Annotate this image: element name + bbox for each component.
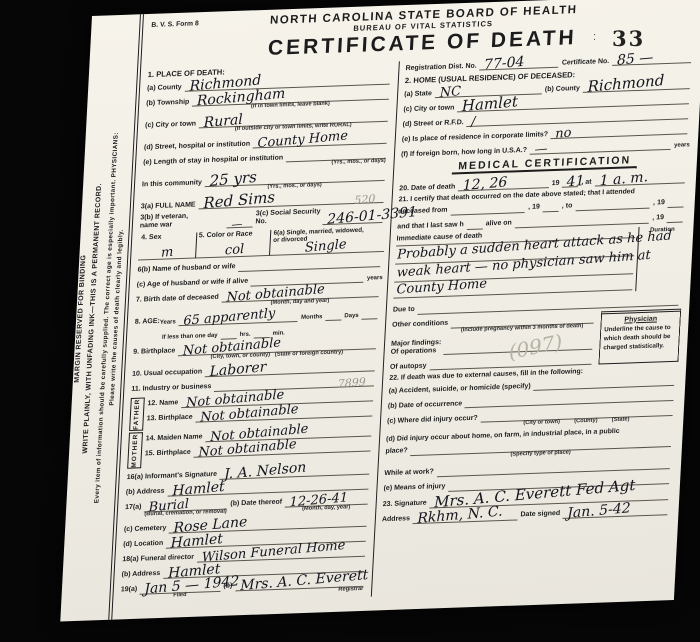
scan-background: : 33 MARGIN RESERVED FOR BINDING WRITE P… [0, 0, 700, 642]
informant-line: J. A. Nelson [220, 462, 370, 479]
cemetery-location-label: (d) Location [123, 540, 163, 550]
burial-line: Burial (Burial, cremation, or removal) [144, 497, 228, 512]
field-city-or-town: (c) City or town Rural (If outside city … [145, 110, 392, 131]
certify-19a-line [543, 199, 560, 212]
mother-birthplace-label: 15. Birthplace [145, 449, 191, 459]
ssn-label-line2: No. [255, 218, 267, 225]
marital-label-line2: or divorced [273, 236, 308, 244]
age-months-line [325, 308, 342, 321]
home-city-handwriting: Hamlet [462, 92, 518, 115]
certify-alive-line [515, 211, 650, 228]
home-street-label: (d) Street or R.F.D. [402, 119, 463, 130]
age-years-label: Years [160, 319, 176, 327]
sex-cell: 4. Sex m [138, 232, 196, 260]
certify-alive-label: alive on [485, 220, 512, 229]
informant-address-handwriting: Hamlet [172, 479, 224, 500]
veteran-label: 3(b) If veteran, name war [140, 212, 225, 232]
home-street-handwriting: / [471, 114, 475, 129]
due-to-label: Due to [393, 306, 415, 315]
registrar-line: Mrs. A. C. Everett Registrar [235, 574, 364, 591]
occurrence-date-label: (b) Date of occurrence [388, 400, 463, 411]
sex-label: 4. Sex [141, 233, 162, 242]
ssn-line: 246-01-3391 [323, 211, 383, 225]
township-line: Rockingham (If in town limits, leave bla… [192, 88, 390, 107]
city-line: Rural (If outside city or town limits, w… [199, 110, 389, 129]
form-columns: 1. PLACE OF DEATH: (a) County Richmond (… [120, 51, 695, 605]
registration-dist-label: Registration Dist. No. [405, 62, 477, 73]
township-label: (b) Township [146, 98, 189, 108]
age-years-line: 65 apparently [179, 310, 299, 326]
veteran-label-line1: 3(b) If veteran, [140, 213, 188, 222]
certificate-no-line: 85 — [612, 51, 692, 66]
mother-group: MOTHER 14. Maiden Name Not obtainable 15… [127, 424, 375, 468]
certify-saw-label: and that I last saw h [397, 221, 464, 232]
date-of-death-time-handwriting: 1 a. m. [599, 169, 647, 189]
city-handwriting: Rural [204, 112, 243, 131]
date-of-death-19: 19 [551, 179, 559, 188]
marital-label-line1: 6(a) Single, married, widowed, [273, 226, 364, 236]
where-injury-label: (c) Where did injury occur? [387, 414, 478, 426]
registration-dist-handwriting: 77-04 [484, 54, 524, 74]
stay-note: (Yrs., mos., or days) [286, 158, 386, 168]
burial-date-line: 12-26-41 (Month, day, year) [285, 492, 369, 507]
age-months-label: Months [301, 314, 323, 322]
corporate-limits-line: no [551, 122, 688, 139]
major-findings-line1: Major findings: [391, 339, 442, 348]
age-hrs-line [220, 327, 237, 340]
date-signed-line: Jan. 5-42 [563, 503, 668, 519]
immediate-cause-block: Immediate cause of death Duration Probab… [393, 225, 685, 299]
street-label: (d) Street, hospital or institution [144, 140, 251, 152]
certify-h-line [466, 217, 483, 230]
birthplace-label: 9. Birthplace [133, 348, 175, 358]
certify-19b: , 19 [653, 199, 665, 208]
field-in-this-community: In this community 25 yrs (Yrs., mos., or… [142, 169, 389, 190]
father-rows: 12. Name Not obtainable 13. Birthplace N… [146, 389, 377, 430]
certificate-no-handwriting: 85 — [617, 50, 653, 69]
home-county-label: (b) County [545, 85, 580, 95]
registration-dist-line: 77-04 [479, 56, 559, 71]
marital-handwriting: Single [304, 237, 346, 256]
signature-address-line: Rkhm, N. C. [413, 508, 518, 524]
date-of-death-handwriting: 12, 26 [463, 174, 508, 194]
signature-label: 23. Signature [382, 500, 426, 510]
ssn-label: 3(c) Social Security No. [255, 208, 320, 227]
certificate-paper: MARGIN RESERVED FOR BINDING WRITE PLAINL… [60, 0, 700, 621]
major-findings-line2: Of operations [391, 347, 437, 356]
filed-label: 19(a) [121, 586, 138, 595]
stay-label: (e) Length of stay in hospital or instit… [143, 154, 283, 167]
birthdate-label: 7. Birth date of deceased [136, 294, 219, 305]
burial-label: 17(a) [125, 504, 142, 513]
date-signed-handwriting: Jan. 5-42 [568, 500, 631, 522]
foreign-born-line: — [530, 138, 672, 155]
certify-to-label: , to [562, 203, 573, 212]
date-of-death-time-line: 1 a. m. [594, 171, 685, 186]
page-stamp-number: 33 [612, 26, 645, 51]
full-name-line: Red Sims 520 [198, 191, 384, 209]
stamp-ink-mark: : [593, 31, 596, 43]
foreign-born-handwriting: — [535, 142, 548, 158]
where-injury-note: (City or town) (County) (State) [480, 415, 672, 428]
physician-left-rows: Other conditions (Include pregnancy with… [390, 311, 598, 372]
veteran-line: — [226, 215, 253, 228]
spouse-age-unit: years [367, 275, 383, 283]
certify-19c-line [667, 210, 684, 223]
community-label: In this community [142, 179, 202, 190]
street-line: County Home [253, 132, 387, 149]
stay-line: (Yrs., mos., or days) [286, 147, 387, 163]
mother-rows: 14. Maiden Name Not obtainable 15. Birth… [144, 424, 375, 468]
mother-tab-label: MOTHER [127, 432, 143, 468]
filed-line: Jan 5 — 1942 Filed [140, 579, 221, 594]
marital-cell: 6(a) Single, married, widowed, or divorc… [270, 226, 385, 256]
autopsy-label: Of autopsy [390, 363, 427, 373]
cemetery-label: (c) Cemetery [124, 525, 167, 535]
occupation-label: 10. Usual occupation [132, 369, 202, 380]
funeral-address-label: (b) Address [121, 570, 160, 580]
race-handwriting: col [225, 242, 244, 259]
right-column: (097) Registration Dist. No. 77-04 Certi… [372, 51, 695, 596]
certify-to-line [575, 196, 650, 211]
spouse-age-label: (c) Age of husband or wife if alive [136, 278, 248, 290]
foreign-born-label: (f) If foreign born, how long in U.S.A.? [401, 147, 527, 160]
certificate-form: B. V. S. Form 8 NORTH CAROLINA STATE BOA… [108, 0, 700, 620]
left-column: 1. PLACE OF DEATH: (a) County Richmond (… [120, 61, 400, 605]
spouse-label: 6(b) Name of husband or wife [137, 264, 235, 276]
physician-instruction-box: Physician Underline the cause to which d… [598, 308, 681, 365]
major-findings-label: Major findings: Of operations [390, 339, 441, 358]
father-tab-label: FATHER [129, 397, 145, 431]
full-name-pencil-number: 520 [354, 192, 375, 207]
birthdate-line: Not obtainable (Month, day and year) [221, 285, 379, 303]
physician-box-note: Underline the cause to which death shoul… [603, 324, 676, 353]
certify-19a: , 19 [528, 204, 540, 213]
certificate-no-label: Certificate No. [562, 58, 610, 68]
informant-address-label: (b) Address [126, 488, 165, 498]
home-city-label: (c) City or town [403, 104, 454, 114]
funeral-director-label: 18(a) Funeral director [122, 554, 194, 565]
age-days-line [361, 307, 378, 320]
date-of-death-line: 12, 26 [458, 176, 549, 191]
age-label: 8. AGE: [135, 318, 160, 327]
father-name-label: 12. Name [147, 400, 178, 409]
community-line: 25 yrs (Yrs., mos., or days) [205, 169, 386, 187]
race-label: 5. Color or Race [199, 230, 253, 240]
county-label: (a) County [147, 84, 182, 94]
other-conditions-label: Other conditions [392, 320, 448, 330]
age-days-label: Days [344, 312, 359, 320]
home-state-handwriting: NC [439, 84, 460, 101]
city-label: (c) City or town [145, 120, 196, 130]
spouse-line [238, 255, 381, 272]
date-of-death-label: 20. Date of death [399, 183, 455, 193]
punch-hole-bottom [25, 446, 52, 473]
burial-handwriting: Burial [149, 496, 189, 515]
veteran-handwriting: — [231, 217, 242, 231]
injury-place-label-line2: place? [385, 448, 408, 457]
certify-19b-line [668, 195, 685, 208]
occupation-handwriting: Laborer [210, 359, 267, 380]
veteran-label-line2: name war [140, 222, 173, 230]
home-county-line: Richmond [583, 77, 691, 93]
foreign-born-unit: years [674, 142, 690, 150]
father-birthplace-label: 13. Birthplace [146, 414, 192, 424]
home-state-label: (a) State [404, 90, 432, 99]
corporate-limits-handwriting: no [556, 125, 572, 141]
age-note-label: If less than one day [162, 332, 218, 341]
other-conditions-line: (Include pregnancy within 3 months of de… [451, 311, 594, 328]
date-of-death-year-line: 41 [562, 175, 579, 188]
certify-from-line [450, 201, 525, 216]
ssn-label-line1: 3(c) Social Security [256, 208, 321, 217]
punch-hole-top [38, 114, 65, 141]
mother-name-label: 14. Maiden Name [145, 434, 202, 444]
full-name-label: 3(a) FULL NAME [141, 201, 196, 211]
date-of-death-year-handwriting: 41 [567, 173, 585, 191]
burial-date-label: (b) Date thereof [230, 499, 282, 509]
sex-handwriting: m [161, 244, 173, 260]
date-signed-label: Date signed [520, 510, 560, 520]
industry-pencil-number: 7899 [338, 375, 366, 390]
other-conditions-note: (Include pregnancy within 3 months of de… [451, 322, 594, 333]
signature-address-label: Address [382, 515, 410, 524]
industry-label: 11. Industry or business [131, 383, 212, 394]
while-at-work-label: While at work? [384, 469, 434, 479]
race-cell: 5. Color or Race col [195, 230, 272, 259]
where-injury-line: (City or town) (County) (State) [480, 404, 673, 423]
certify-19c: , 19 [652, 214, 664, 223]
